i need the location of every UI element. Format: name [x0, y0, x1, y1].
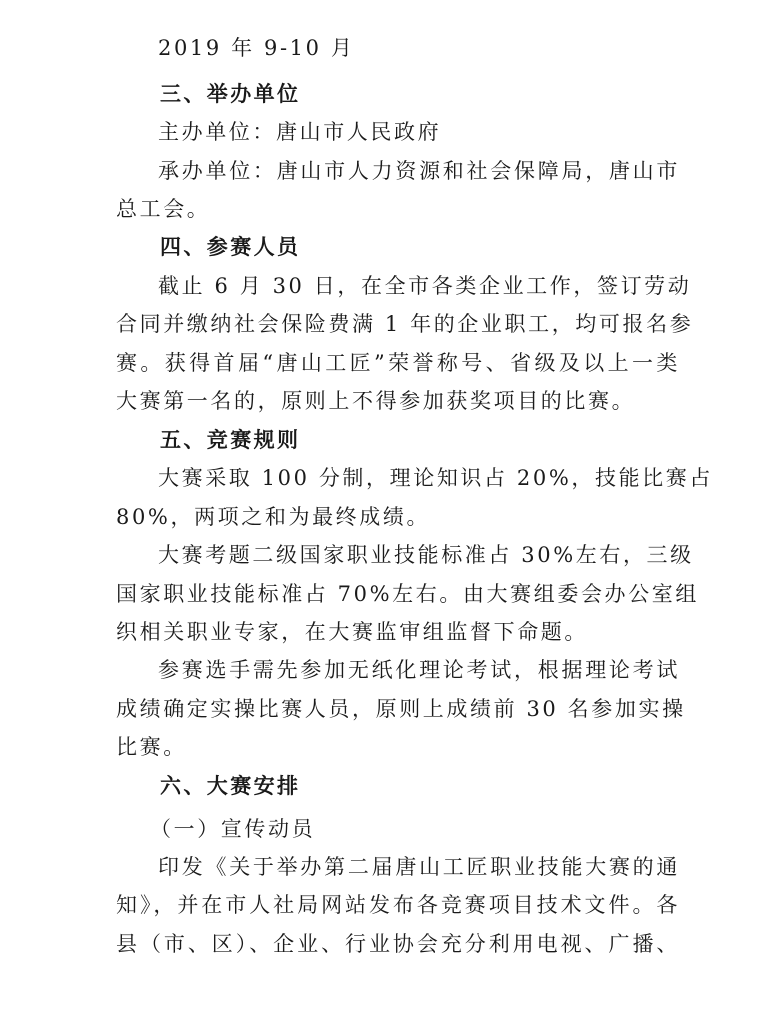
participants-paragraph-line-3: 赛。获得首届“唐山工匠”荣誉称号、省级及以上一类 — [116, 344, 680, 382]
participants-paragraph-line-2: 合同并缴纳社会保险费满 1 年的企业职工，均可报名参 — [116, 305, 680, 343]
participants-paragraph-line-4: 大赛第一名的，原则上不得参加获奖项目的比赛。 — [116, 382, 680, 420]
section-heading-arrangement: 六、大赛安排 — [160, 767, 724, 805]
organizer-line: 主办单位：唐山市人民政府 — [158, 113, 722, 151]
rules-paragraph-2-line-3: 织相关职业专家，在大赛监审组监督下命题。 — [116, 613, 680, 651]
subsection-heading-publicity: （一）宣传动员 — [150, 810, 714, 848]
rules-paragraph-3-line-2: 成绩确定实操比赛人员，原则上成绩前 30 名参加实操 — [116, 690, 680, 728]
publicity-paragraph-line-2: 知》，并在市人社局网站发布各竞赛项目技术文件。各 — [116, 886, 680, 924]
schedule-date-line: 2019 年 9-10 月 — [158, 29, 722, 67]
rules-paragraph-1-line-1: 大赛采取 100 分制，理论知识占 20%，技能比赛占 — [158, 459, 680, 497]
publicity-paragraph-line-1: 印发《关于举办第二届唐山工匠职业技能大赛的通 — [158, 848, 680, 886]
rules-paragraph-3-line-3: 比赛。 — [116, 728, 680, 766]
section-heading-organizers: 三、举办单位 — [160, 75, 724, 113]
participants-paragraph-line-1: 截止 6 月 30 日，在全市各类企业工作，签订劳动 — [158, 267, 680, 305]
document-page: 2019 年 9-10 月 三、举办单位 主办单位：唐山市人民政府 承办单位：唐… — [0, 0, 783, 1034]
section-heading-rules: 五、竞赛规则 — [160, 421, 724, 459]
rules-paragraph-1-line-2: 80%，两项之和为最终成绩。 — [116, 498, 680, 536]
co-organizer-line: 承办单位：唐山市人力资源和社会保障局，唐山市 — [158, 152, 680, 190]
publicity-paragraph-line-3: 县（市、区）、企业、行业协会充分利用电视、广播、 — [116, 925, 680, 963]
co-organizer-line-cont: 总工会。 — [116, 190, 680, 228]
rules-paragraph-2-line-2: 国家职业技能标准占 70%左右。由大赛组委会办公室组 — [116, 575, 680, 613]
rules-paragraph-3-line-1: 参赛选手需先参加无纸化理论考试，根据理论考试 — [158, 651, 680, 689]
rules-paragraph-2-line-1: 大赛考题二级国家职业技能标准占 30%左右，三级 — [158, 536, 680, 574]
section-heading-participants: 四、参赛人员 — [160, 228, 724, 266]
